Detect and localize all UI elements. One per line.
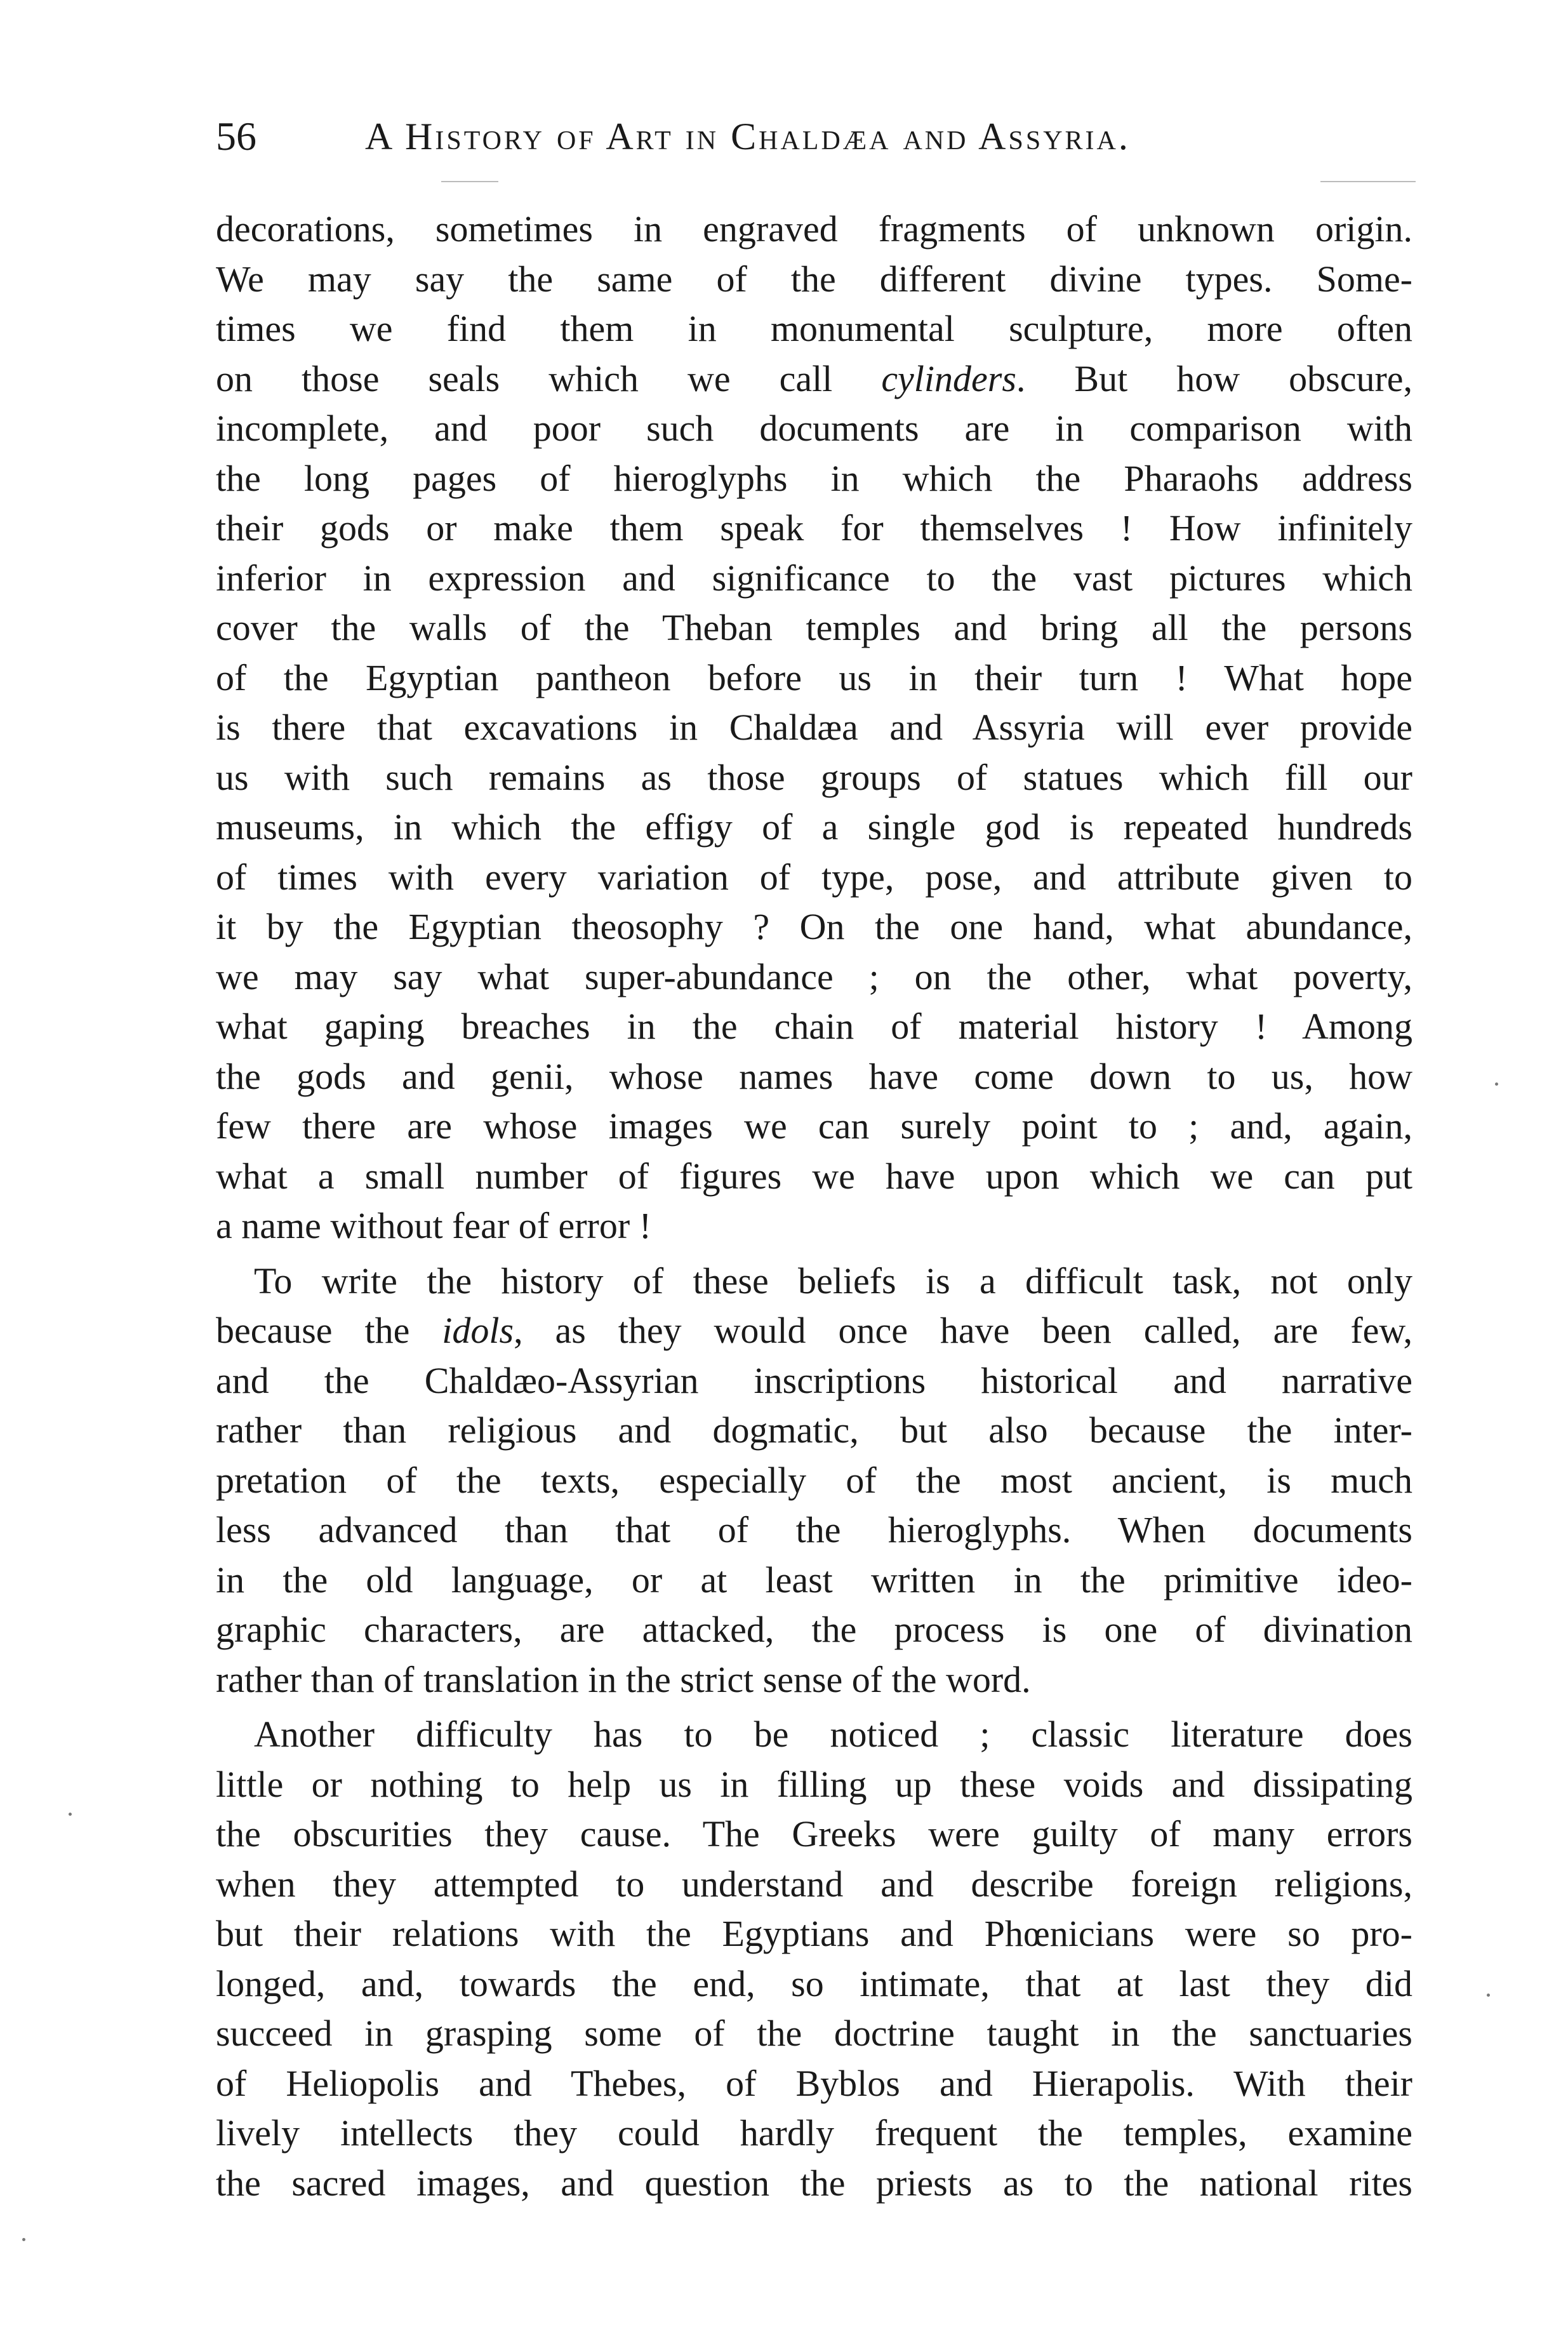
text-line: the sacred images, and question the prie… [216,2159,1412,2209]
text-line: We may say the same of the different div… [216,255,1412,305]
text-line: of Heliopolis and Thebes, of Byblos and … [216,2059,1412,2109]
text-line: Another difficulty has to be noticed ; c… [216,1710,1412,1760]
print-speck [69,1813,72,1816]
text-line: and the Chaldæo-Assyrian inscriptions hi… [216,1356,1412,1406]
print-speck [22,2238,25,2241]
text-line: little or nothing to help us in filling … [216,1760,1412,1810]
text-line: we may say what super-abundance ; on the… [216,952,1412,1002]
text-line: a name without fear of error ! [216,1201,1412,1251]
text-line: on those seals which we call cylinders. … [216,354,1412,404]
header-rule-left [441,181,498,182]
page-header: 56 A History of Art in Chaldæa and Assyr… [216,111,1422,162]
text-line: inferior in expression and significance … [216,554,1412,604]
header-rule-right [1320,181,1416,182]
running-title: A History of Art in Chaldæa and Assyria. [365,111,1131,162]
print-speck [1495,1082,1498,1086]
text-line: but their relations with the Egyptians a… [216,1909,1412,1959]
text-line: the obscurities they cause. The Greeks w… [216,1809,1412,1860]
text-line: in the old language, or at least written… [216,1555,1412,1606]
text-line: cover the walls of the Theban temples an… [216,603,1412,653]
text-line: the long pages of hieroglyphs in which t… [216,454,1412,504]
text-line: it by the Egyptian theosophy ? On the on… [216,902,1412,952]
text-line: their gods or make them speak for themse… [216,503,1412,554]
book-page: 56 A History of Art in Chaldæa and Assyr… [0,0,1568,2344]
text-line: few there are whose images we can surely… [216,1102,1412,1152]
print-speck [1487,1994,1490,1997]
text-line: the gods and genii, whose names have com… [216,1052,1412,1102]
text-line: rather than of translation in the strict… [216,1655,1412,1705]
italic-term: cylinders [881,358,1016,399]
text-line: of the Egyptian pantheon before us in th… [216,653,1412,703]
text-line: succeed in grasping some of the doctrine… [216,2009,1412,2059]
text-line: because the idols, as they would once ha… [216,1306,1412,1356]
text-line: rather than religious and dogmatic, but … [216,1406,1412,1456]
text-line: decorations, sometimes in engraved fragm… [216,204,1412,255]
text-line: museums, in which the effigy of a single… [216,802,1412,853]
text-line: longed, and, towards the end, so intimat… [216,1959,1412,2009]
text-line: incomplete, and poor such documents are … [216,404,1412,454]
text-line: what a small number of figures we have u… [216,1152,1412,1202]
text-line: us with such remains as those groups of … [216,753,1412,803]
body-text: decorations, sometimes in engraved fragm… [216,204,1412,2208]
text-line: To write the history of these beliefs is… [216,1256,1412,1307]
text-line: when they attempted to understand and de… [216,1860,1412,1910]
text-line: pretation of the texts, especially of th… [216,1456,1412,1506]
text-line: graphic characters, are attacked, the pr… [216,1605,1412,1655]
text-line: less advanced than that of the hieroglyp… [216,1505,1412,1555]
text-line: what gaping breaches in the chain of mat… [216,1002,1412,1052]
page-number: 56 [216,111,256,162]
text-line: lively intellects they could hardly freq… [216,2108,1412,2159]
italic-term: idols [442,1310,514,1351]
text-line: is there that excavations in Chaldæa and… [216,703,1412,753]
text-line: of times with every variation of type, p… [216,853,1412,903]
text-line: times we find them in monumental sculptu… [216,304,1412,354]
